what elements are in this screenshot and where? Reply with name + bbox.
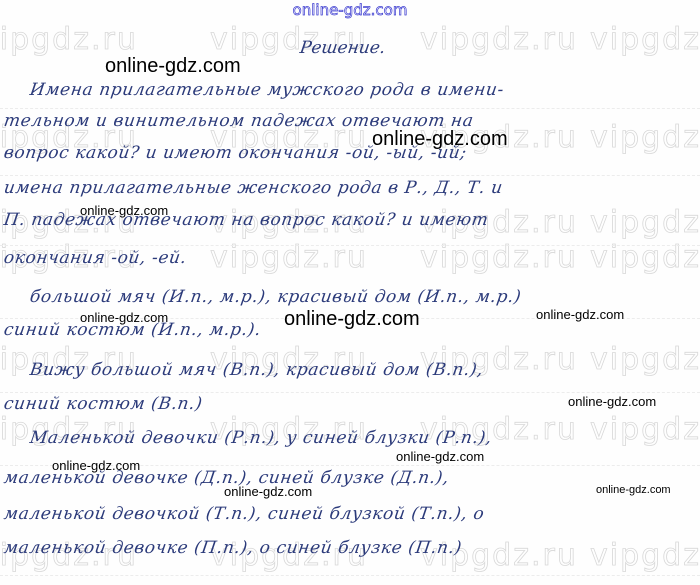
text-line: синий костюм (В.п.): [3, 394, 204, 414]
overlay-watermark: online-gdz.com: [80, 203, 168, 218]
text-line: Маленькой девочки (Р.п.), у синей блузки…: [29, 428, 494, 448]
grid-line: [0, 575, 700, 576]
text-line: маленькой девочкой (Т.п.), синей блузкой…: [3, 504, 486, 524]
background-watermark: vipgdz.ru: [590, 342, 700, 377]
background-watermark: vipgdz.ru: [0, 22, 138, 57]
overlay-watermark: online-gdz.com: [596, 484, 671, 496]
solution-title: Решение.: [299, 38, 387, 58]
text-line: большой мяч (И.п., м.р.), красивый дом (…: [29, 287, 523, 307]
grid-line: [0, 392, 700, 393]
top-watermark: online-gdz.com: [0, 1, 700, 19]
background-watermark: vipgdz.ru: [590, 120, 700, 155]
overlay-watermark: online-gdz.com: [80, 310, 168, 325]
overlay-watermark: online-gdz.com: [105, 55, 241, 78]
background-watermark: vipgdz.ru: [590, 412, 700, 447]
background-watermark: vipgdz.ru: [590, 22, 700, 57]
text-line: имена прилагательные женского рода в Р.,…: [3, 178, 505, 198]
homework-page: vipgdz.ru vipgdz.ru vipgdz.ru vipgdz.ru …: [0, 0, 700, 585]
text-line: маленькой девочке (П.п.), о синей блузке…: [3, 538, 464, 558]
background-watermark: vipgdz.ru: [590, 538, 700, 573]
overlay-watermark: online-gdz.com: [536, 307, 624, 322]
background-watermark: vipgdz.ru: [590, 205, 700, 240]
grid-line: [0, 108, 700, 109]
overlay-watermark: online-gdz.com: [568, 394, 656, 409]
text-line: П. падежах отвечают на вопрос какой? и и…: [3, 210, 490, 230]
grid-line: [0, 245, 700, 246]
overlay-watermark: online-gdz.com: [372, 128, 508, 151]
text-line: окончания -ой, -ей.: [3, 248, 188, 268]
overlay-watermark: online-gdz.com: [284, 308, 420, 331]
overlay-watermark: online-gdz.com: [52, 458, 140, 473]
grid-line: [0, 175, 700, 176]
background-watermark: vipgdz.ru: [420, 22, 578, 57]
text-line: Вижу большой мяч (В.п.), красивый дом (В…: [29, 360, 485, 380]
text-line: Имена прилагательные мужского рода в име…: [29, 80, 506, 100]
overlay-watermark: online-gdz.com: [224, 484, 312, 499]
overlay-watermark: online-gdz.com: [396, 449, 484, 464]
